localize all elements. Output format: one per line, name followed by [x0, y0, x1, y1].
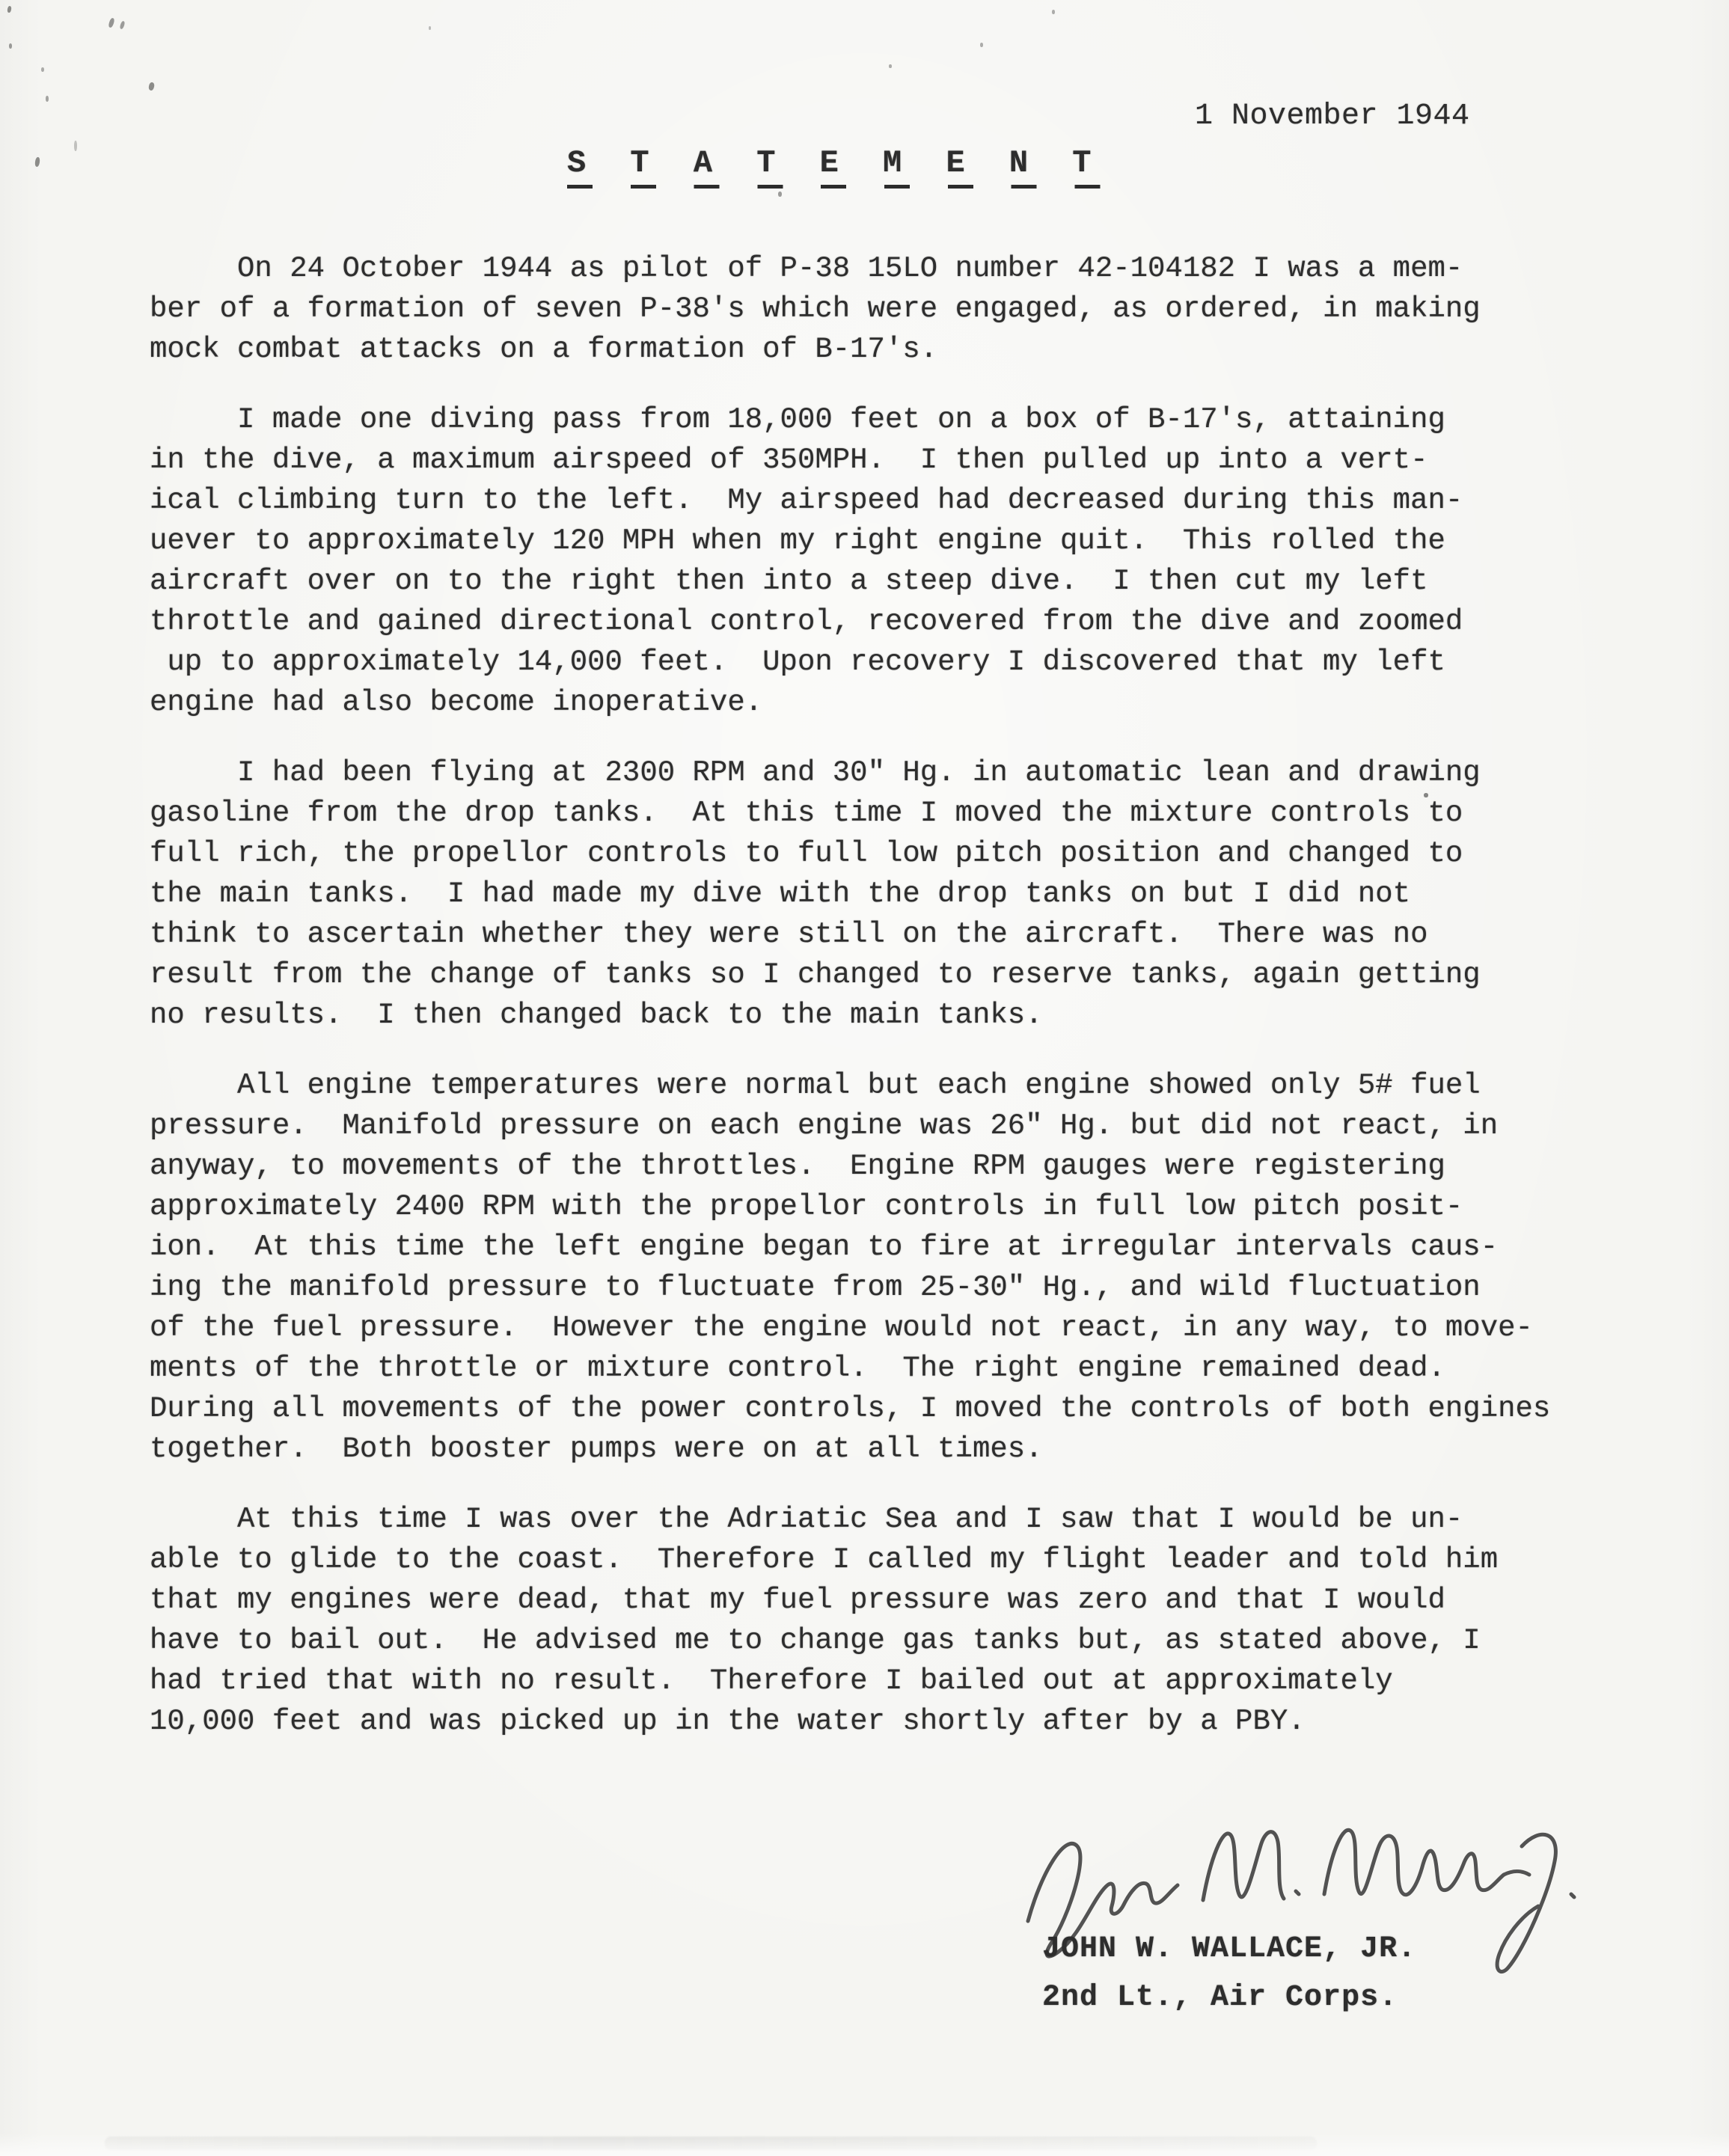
scan-smudge	[105, 2137, 1317, 2150]
paper-speck	[980, 43, 983, 47]
signatory-name: JOHN W. WALLACE, JR.	[1042, 1932, 1416, 1966]
document-page: 1 November 1944 S T A T E M E N T On 24 …	[0, 0, 1729, 2156]
paper-speck	[41, 67, 44, 72]
paper-speck	[889, 64, 892, 68]
document-title: S T A T E M E N T	[567, 145, 1104, 189]
paper-speck	[148, 82, 155, 91]
paper-speck	[119, 20, 125, 29]
document-body: On 24 October 1944 as pilot of P-38 15LO…	[150, 248, 1620, 1771]
paper-speck	[108, 17, 115, 28]
paragraph-dive-engine-failure: I made one diving pass from 18,000 feet …	[150, 399, 1620, 723]
paper-speck	[46, 96, 49, 102]
signatory-rank: 2nd Lt., Air Corps.	[1042, 1981, 1398, 2015]
paper-speck	[9, 43, 12, 49]
paragraph-fuel-tanks: I had been flying at 2300 RPM and 30" Hg…	[150, 753, 1620, 1035]
paragraph-engine-readings: All engine temperatures were normal but …	[150, 1065, 1620, 1469]
paper-speck	[74, 141, 77, 151]
paper-speck	[778, 192, 782, 197]
paper-speck	[1052, 10, 1055, 14]
paper-speck	[34, 157, 40, 168]
paper-speck	[429, 26, 431, 30]
paper-speck	[7, 6, 11, 13]
paragraph-mission: On 24 October 1944 as pilot of P-38 15LO…	[150, 248, 1620, 370]
paragraph-bailout: At this time I was over the Adriatic Sea…	[150, 1499, 1620, 1742]
document-date: 1 November 1944	[1195, 99, 1470, 133]
